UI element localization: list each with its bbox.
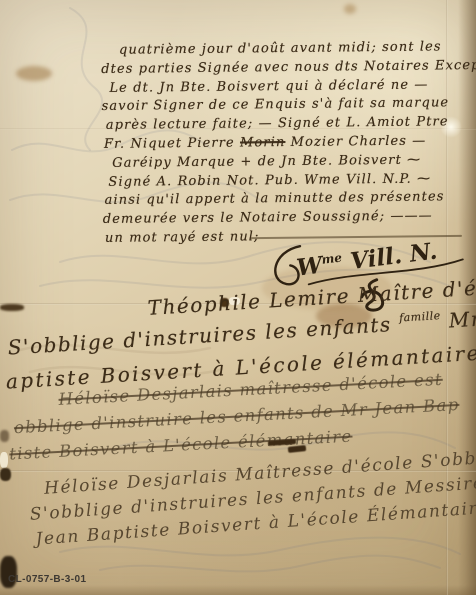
deed-line-10: demeurée vers le Notaire Soussigné; ——— [103, 207, 473, 230]
notarial-closing-paragraph: quatrième jour d'août avant midi; sont l… [101, 38, 473, 249]
stain [16, 66, 52, 81]
inserted-word: famille [399, 309, 441, 325]
manuscript-page: quatrième jour d'août avant midi; sont l… [0, 0, 476, 595]
archive-label: CL-0757-B-3-01 [8, 574, 86, 585]
crossed-out-word: Morin [240, 135, 286, 150]
page-bottom-edge-shadow [0, 585, 476, 595]
stain [344, 4, 356, 14]
